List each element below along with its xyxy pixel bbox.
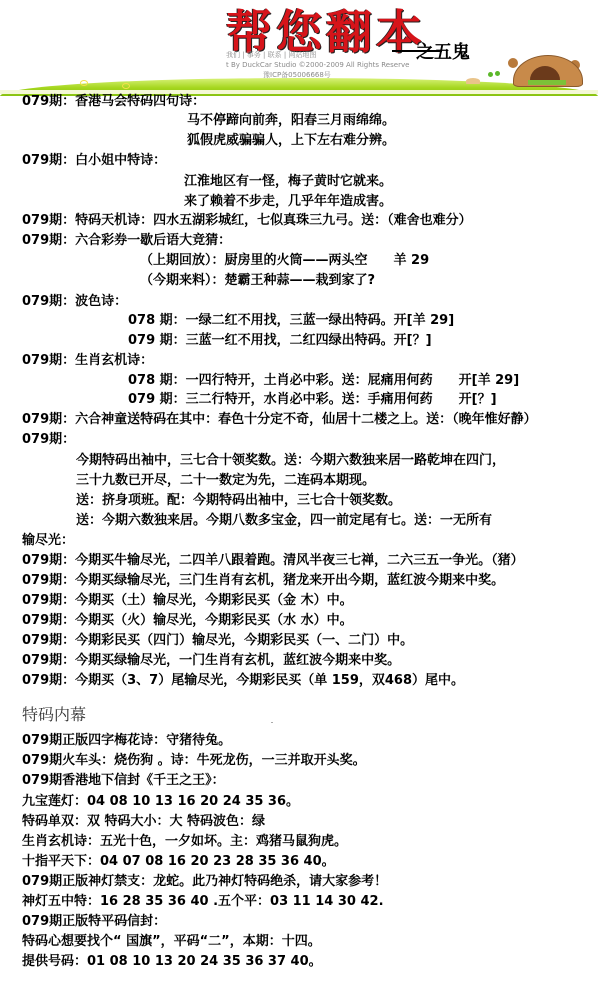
text-line: 特码单双：双 特码大小：大 特码波色：绿	[22, 814, 265, 830]
text-line: 十指平天下：04 07 08 16 20 23 28 35 36 40。	[22, 854, 335, 870]
text-line: 079期：六合神童送特码在其中：春色十分定不奇，仙居十二楼之上。送：（晚年惟好静…	[22, 412, 537, 428]
text-line: 079期：今期买绿输尽光，三门生肖有玄机，猪龙来开出今期，蓝红波今期来中奖。	[22, 573, 504, 589]
text-line: 079期：白小姐中特诗：	[22, 153, 166, 169]
fence-decoration	[528, 80, 566, 85]
text-line: （今期来料）：楚霸王种蒜——栽到家了?	[140, 273, 375, 289]
text-line: 提供号码：01 08 10 13 20 24 35 36 37 40。	[22, 954, 322, 970]
text-line: 079期：今期买（土）输尽光，今期彩民买（金 木）中。	[22, 593, 353, 609]
banner-subtitle: 之五鬼	[416, 38, 470, 64]
text-line: 079 期：三二行特开，水肖必中彩。送：手痛用何药 开[？]	[128, 392, 497, 408]
flower-icon	[80, 80, 88, 86]
text-line: 079期：波色诗：	[22, 294, 127, 310]
text-line: （上期回放）：厨房里的火筒——两头空 羊 29	[140, 253, 429, 269]
text-line: 079期：	[22, 432, 75, 448]
text-line: 079期正版四字梅花诗：守猪待兔。	[22, 733, 231, 749]
text-line: 特码心想要找个“ 国旗”，平码“二”，本期：十四。	[22, 934, 321, 950]
text-line: 079期：今期买牛输尽光，二四羊八跟着跑。清风半夜三七禅，二六三五一争光。（猪）	[22, 553, 524, 569]
text-line: 079期：今期买绿输尽光，一门生肖有玄机，蓝红波今期来中奖。	[22, 653, 400, 669]
text-line: 九宝莲灯：04 08 10 13 16 20 24 35 36。	[22, 794, 299, 810]
text-line: 三十九数已开尽，二十一数定为先，二连码本期现。	[76, 473, 375, 489]
text-line: 079期正版神灯禁支：龙蛇。此乃神灯特码绝杀，请大家参考！	[22, 874, 387, 890]
text-line: 079期：香港马会特码四句诗：	[22, 94, 205, 110]
text-line: 079期香港地下信封《千王之王》：	[22, 773, 225, 789]
text-line: 079期火车头：烧伤狗 。诗：牛死龙伤，一三并取开头奖。	[22, 753, 366, 769]
text-line: 生肖玄机诗：五光十色，一夕如坏。主：鸡猪马鼠狗虎。	[22, 834, 347, 850]
text-line: 078 期：一绿二红不用找，三蓝一绿出特码。开[羊 29]	[128, 313, 454, 329]
text-line: 079期：今期买（火）输尽光，今期彩民买（水 水）中。	[22, 613, 353, 629]
credits-line: 我们 | 事务 | 联系 | 网站地图	[226, 50, 409, 60]
flower-icon	[122, 83, 130, 89]
text-line: 来了赖着不步走，几乎年年造成害。	[184, 194, 392, 210]
credits-line: 豫ICP备05006668号	[226, 70, 409, 80]
text-line: 079期：今期彩民买（四门）输尽光，今期彩民买（一、二门）中。	[22, 633, 413, 649]
tree-icon	[495, 71, 500, 76]
text-line: 078 期：一四行特开，土肖必中彩。送：屁痛用何药 开[羊 29]	[128, 373, 519, 389]
header-banner: 帮您翻本 之五鬼 我们 | 事务 | 联系 | 网站地图 t By DuckCa…	[0, 0, 598, 96]
text-line: 079期：今期买（3、7）尾输尽光，今期彩民买（单 159，双468）尾中。	[22, 673, 464, 689]
bear-ear-decoration	[508, 58, 518, 68]
credits-line: t By DuckCar Studio ©2000-2009 All Right…	[226, 60, 409, 70]
text-line: 神灯五中特：16 28 35 36 40 .五个平：03 11 14 30 42…	[22, 894, 384, 910]
text-line: 079期：六合彩券一歇后语大竞猜：	[22, 233, 231, 249]
text-line: 079 期：三蓝一红不用找，二红四绿出特码。开[？]	[128, 333, 432, 349]
text-line: 079期：特码天机诗：四水五湖彩城红，七似真珠三九弓。送：（难舍也难分）	[22, 213, 472, 229]
text-line: 狐假虎威骗骗人，上下左右难分辨。	[187, 133, 395, 149]
section-title: 特码内幕	[22, 702, 86, 725]
text-line: 江淮地区有一怪，梅子黄时它就来。	[184, 174, 392, 190]
text-line: 输尽光：	[22, 533, 74, 549]
mushroom-icon	[466, 78, 480, 84]
tree-icon	[488, 72, 493, 77]
divider-dot	[271, 722, 273, 723]
text-line: 079期正版特平码信封：	[22, 914, 166, 930]
text-line: 079期：生肖玄机诗：	[22, 353, 153, 369]
text-line: 今期特码出袖中，三七合十领奖数。送：今期六数独来居一路乾坤在四门，	[76, 453, 505, 469]
banner-credits: 我们 | 事务 | 联系 | 网站地图 t By DuckCar Studio …	[226, 50, 409, 80]
text-line: 送：挤身项班。配：今期特码出袖中，三七合十领奖数。	[76, 493, 401, 509]
text-line: 送：今期六数独来居。今期八数多宝金，四一前定尾有七。送：一无所有	[76, 513, 492, 529]
text-line: 马不停蹄向前奔，阳春三月雨绵绵。	[187, 113, 395, 129]
